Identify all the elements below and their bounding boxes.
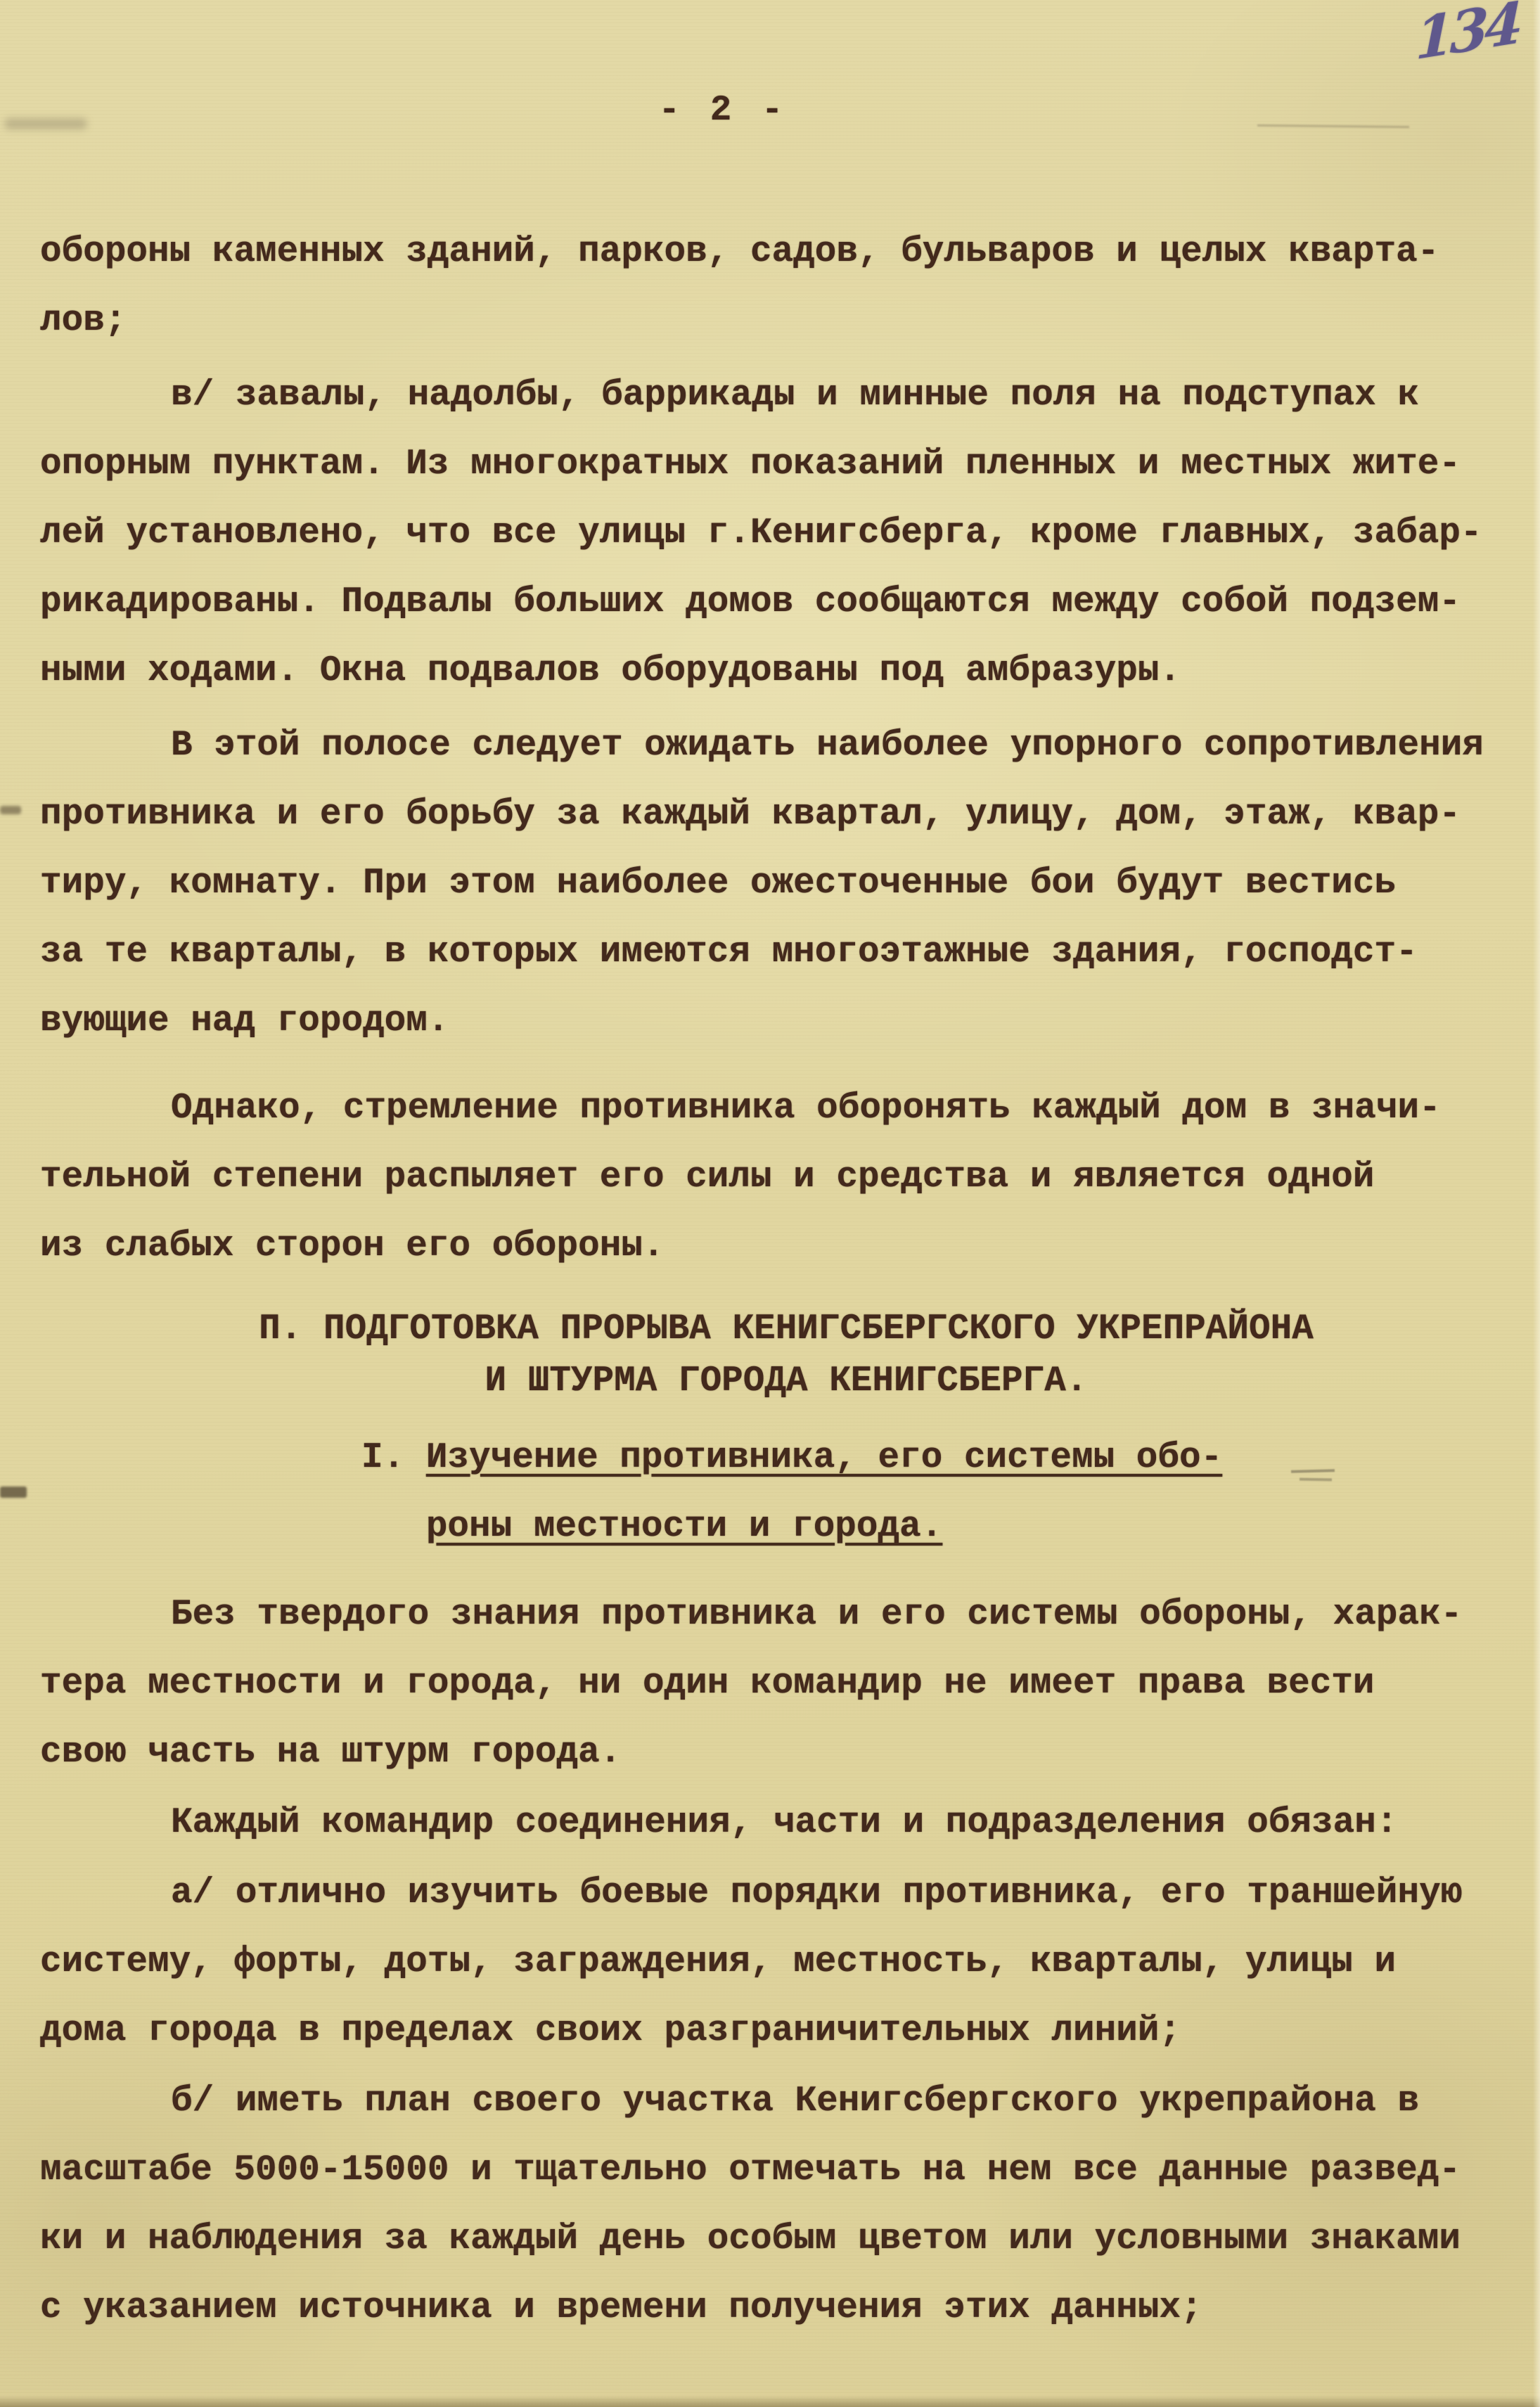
text-line: тера местности и города, ни один команди… bbox=[40, 1650, 1501, 1719]
text-line: а/ отлично изучить боевые порядки против… bbox=[40, 1859, 1501, 1928]
text-line: в/ завалы, надолбы, баррикады и минные п… bbox=[40, 361, 1501, 430]
paragraph: б/ иметь план своего участка Кенигсбергс… bbox=[40, 2067, 1501, 2343]
document-body: обороны каменных зданий, парков, садов, … bbox=[40, 218, 1501, 2343]
paragraph: Без твердого знания противника и его сис… bbox=[40, 1581, 1501, 1787]
text-line: I. Изучение противника, его системы обо- bbox=[361, 1424, 1501, 1493]
scan-smudge bbox=[0, 806, 21, 814]
text-line: роны местности и города. bbox=[426, 1493, 1501, 1562]
text-line: рикадированы. Подвалы больших домов сооб… bbox=[40, 568, 1501, 637]
paragraph: а/ отлично изучить боевые порядки против… bbox=[40, 1859, 1501, 2066]
text-line: лов; bbox=[40, 287, 1501, 356]
text-line: свою часть на штурм города. bbox=[40, 1719, 1501, 1787]
text-line: дома города в пределах своих разграничит… bbox=[40, 1997, 1501, 2066]
paragraph: Каждый командир соединения, части и подр… bbox=[40, 1789, 1501, 1858]
underlined-text: роны местности и города. bbox=[426, 1507, 943, 1547]
text-line: Однако, стремление противника оборонять … bbox=[40, 1074, 1501, 1143]
handwritten-archive-page-number: 134 bbox=[1415, 0, 1520, 68]
paragraph: в/ завалы, надолбы, баррикады и минные п… bbox=[40, 361, 1501, 706]
paragraph: Однако, стремление противника оборонять … bbox=[40, 1074, 1501, 1281]
text-line: вующие над городом. bbox=[40, 987, 1501, 1056]
paragraph: обороны каменных зданий, парков, садов, … bbox=[40, 218, 1501, 356]
paragraph: В этой полосе следует ожидать наиболее у… bbox=[40, 712, 1501, 1056]
text-line: Каждый командир соединения, части и подр… bbox=[40, 1789, 1501, 1858]
section-heading: П. ПОДГОТОВКА ПРОРЫВА КЕНИГСБЕРГСКОГО УК… bbox=[56, 1304, 1517, 1408]
text-line: обороны каменных зданий, парков, садов, … bbox=[40, 218, 1501, 287]
text-line: тельной степени распыляет его силы и сре… bbox=[40, 1143, 1501, 1212]
scan-smudge bbox=[0, 1487, 27, 1498]
text-line: из слабых сторон его обороны. bbox=[40, 1212, 1501, 1281]
subsection-heading: I. Изучение противника, его системы обо-… bbox=[361, 1424, 1501, 1562]
text-line: с указанием источника и времени получени… bbox=[40, 2274, 1501, 2343]
text-line: лей установлено, что все улицы г.Кенигсб… bbox=[40, 499, 1501, 568]
text-line: тиру, комнату. При этом наиболее ожесточ… bbox=[40, 849, 1501, 918]
scanned-document-page: 134 - 2 - обороны каменных зданий, парко… bbox=[0, 0, 1540, 2407]
text-line: В этой полосе следует ожидать наиболее у… bbox=[40, 712, 1501, 781]
text-line: ными ходами. Окна подвалов оборудованы п… bbox=[40, 637, 1501, 706]
text-line: П. ПОДГОТОВКА ПРОРЫВА КЕНИГСБЕРГСКОГО УК… bbox=[56, 1304, 1517, 1356]
typed-page-number: - 2 - bbox=[0, 90, 1446, 132]
text-line: б/ иметь план своего участка Кенигсбергс… bbox=[40, 2067, 1501, 2136]
underlined-text: Изучение противника, его системы обо- bbox=[426, 1438, 1222, 1478]
text-line: масштабе 5000-15000 и тщательно отмечать… bbox=[40, 2136, 1501, 2205]
text-line: опорным пунктам. Из многократных показан… bbox=[40, 430, 1501, 499]
text-line: И ШТУРМА ГОРОДА КЕНИГСБЕРГА. bbox=[56, 1356, 1517, 1408]
text-line: систему, форты, доты, заграждения, местн… bbox=[40, 1928, 1501, 1997]
text-line: ки и наблюдения за каждый день особым цв… bbox=[40, 2205, 1501, 2274]
subsection-number: I. bbox=[361, 1438, 426, 1478]
text-line: противника и его борьбу за каждый кварта… bbox=[40, 781, 1501, 849]
text-line: Без твердого знания противника и его сис… bbox=[40, 1581, 1501, 1650]
text-line: за те кварталы, в которых имеются многоэ… bbox=[40, 918, 1501, 987]
